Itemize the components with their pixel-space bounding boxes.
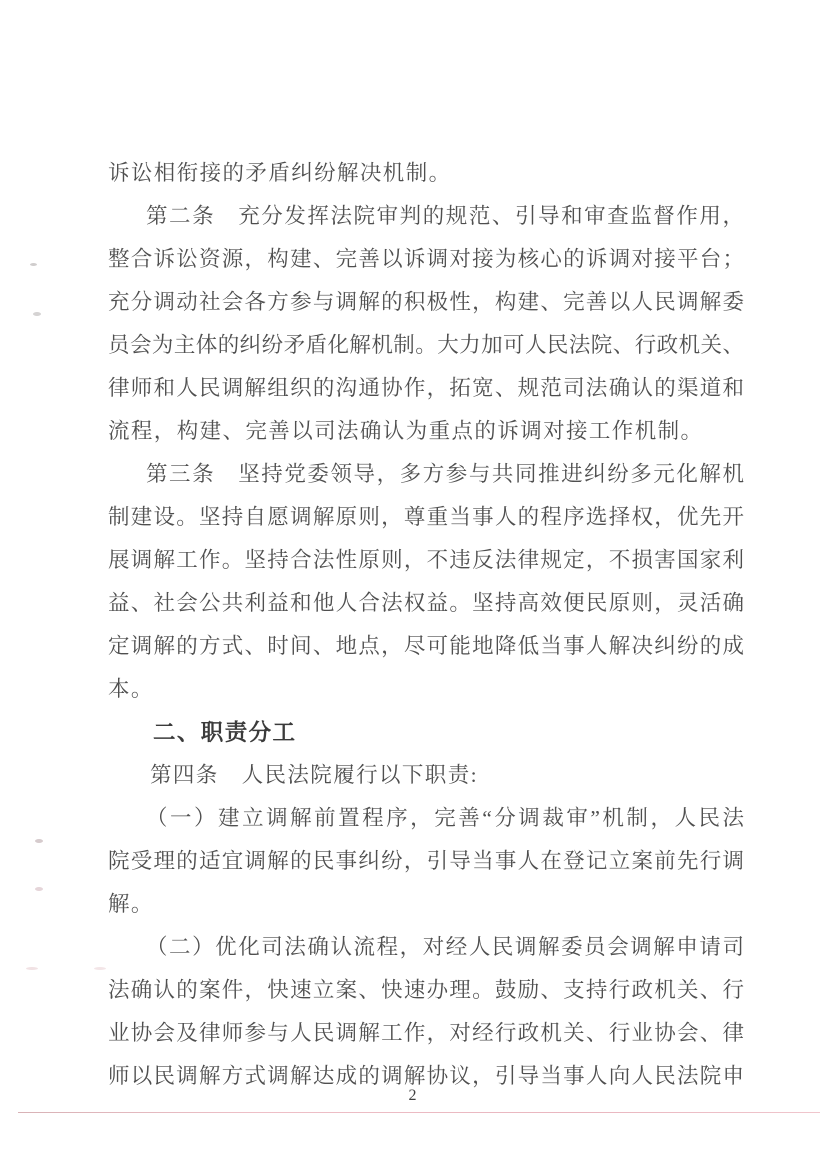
text-line: 业协会及律师参与人民调解工作，对经行政机关、行业协会、律 <box>108 1012 744 1055</box>
document-body: 诉讼相衔接的矛盾纠纷解决机制。第二条 充分发挥法院审判的规范、引导和审查监督作用… <box>108 152 744 1098</box>
text-line: （一）建立调解前置程序，完善“分调裁审”机制，人民法 <box>108 797 744 840</box>
scan-artifact <box>35 887 43 891</box>
text-line: 法确认的案件，快速立案、快速办理。鼓励、支持行政机关、行 <box>108 969 744 1012</box>
scan-artifact <box>30 263 37 266</box>
text-line: 诉讼相衔接的矛盾纠纷解决机制。 <box>108 152 744 195</box>
text-line: 第四条 人民法院履行以下职责: <box>108 754 744 797</box>
text-line: 益、社会公共利益和他人合法权益。坚持高效便民原则，灵活确 <box>108 582 744 625</box>
scan-artifact <box>26 967 38 970</box>
text-line: 整合诉讼资源，构建、完善以诉调对接为核心的诉调对接平台； <box>108 238 744 281</box>
scan-artifact <box>33 312 41 316</box>
scan-artifact <box>35 839 43 843</box>
text-line: 制建设。坚持自愿调解原则，尊重当事人的程序选择权，优先开 <box>108 496 744 539</box>
text-line: 解。 <box>108 883 744 926</box>
text-line: 展调解工作。坚持合法性原则，不违反法律规定，不损害国家利 <box>108 539 744 582</box>
scanned-document-page: 诉讼相衔接的矛盾纠纷解决机制。第二条 充分发挥法院审判的规范、引导和审查监督作用… <box>0 0 825 1167</box>
text-line: 流程，构建、完善以司法确认为重点的诉调对接工作机制。 <box>108 410 744 453</box>
text-line: 院受理的适宜调解的民事纠纷，引导当事人在登记立案前先行调 <box>108 840 744 883</box>
footer-divider-line <box>18 1112 820 1113</box>
text-line: 员会为主体的纠纷矛盾化解机制。大力加可人民法院、行政机关、 <box>108 324 744 367</box>
text-line: 本。 <box>108 668 744 711</box>
text-line: 定调解的方式、时间、地点，尽可能地降低当事人解决纠纷的成 <box>108 625 744 668</box>
section-heading: 二、职责分工 <box>108 711 744 754</box>
text-line: （二）优化司法确认流程，对经人民调解委员会调解申请司 <box>108 926 744 969</box>
text-line: 充分调动社会各方参与调解的积极性，构建、完善以人民调解委 <box>108 281 744 324</box>
text-line: 第三条 坚持党委领导，多方参与共同推进纠纷多元化解机 <box>108 453 744 496</box>
text-line: 第二条 充分发挥法院审判的规范、引导和审查监督作用， <box>108 195 744 238</box>
text-line: 律师和人民调解组织的沟通协作，拓宽、规范司法确认的渠道和 <box>108 367 744 410</box>
page-number: 2 <box>0 1087 825 1105</box>
scan-artifact <box>94 967 106 970</box>
